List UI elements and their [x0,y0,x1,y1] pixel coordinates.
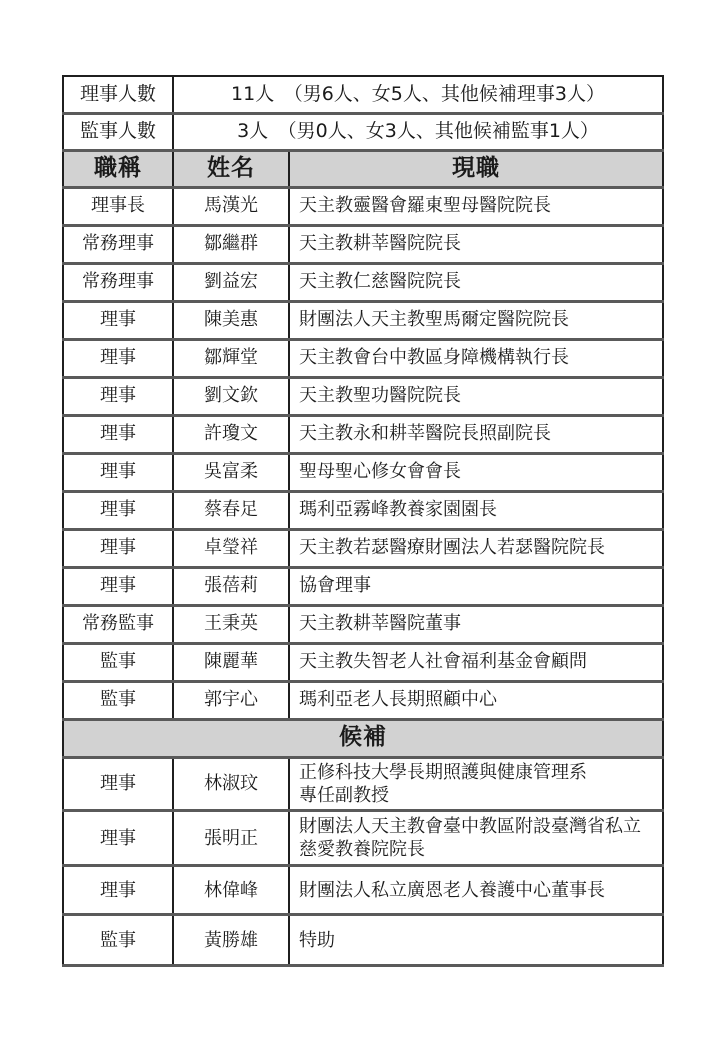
header-name-column: 姓名 [173,150,289,187]
member-position: 天主教靈醫會羅東聖母醫院院長 [289,187,663,225]
member-name: 卓瑩祥 [173,529,289,567]
table-row: 監事 郭宇心 瑪利亞老人長期照顧中心 [63,681,663,719]
member-position: 協會理事 [289,567,663,605]
table-row: 理事 張蓓莉 協會理事 [63,567,663,605]
table-row: 常務監事 王秉英 天主教耕莘醫院董事 [63,605,663,643]
member-title: 理事 [63,301,173,339]
member-position: 天主教永和耕莘醫院長照副院長 [289,415,663,453]
member-position: 瑪利亞霧峰教養家園園長 [289,491,663,529]
member-name: 蔡春足 [173,491,289,529]
table-row: 監事 黃勝雄 特助 [63,915,663,966]
member-title: 理事 [63,491,173,529]
member-title: 常務理事 [63,263,173,301]
member-position: 財團法人天主教會臺中教區附設臺灣省私立 慈愛教養院院長 [289,811,663,866]
document-page: 理事人數 11人 （男6人、女5人、其他候補理事3人） 監事人數 3人 （男0人… [0,0,720,1040]
member-position: 天主教若瑟醫療財團法人若瑟醫院院長 [289,529,663,567]
alternates-section-title: 候補 [63,719,663,757]
member-title: 理事 [63,866,173,915]
table-row: 理事 蔡春足 瑪利亞霧峰教養家園園長 [63,491,663,529]
member-title: 理事 [63,811,173,866]
header-title-column: 職稱 [63,150,173,187]
header-position-column: 現職 [289,150,663,187]
directors-count-value: 11人 （男6人、女5人、其他候補理事3人） [173,76,663,113]
member-position: 天主教仁慈醫院院長 [289,263,663,301]
member-title: 理事 [63,757,173,811]
supervisors-count-row: 監事人數 3人 （男0人、女3人、其他候補監事1人） [63,113,663,150]
member-position: 特助 [289,915,663,966]
member-name: 黃勝雄 [173,915,289,966]
table-row: 理事 林偉峰 財團法人私立廣恩老人養護中心董事長 [63,866,663,915]
member-title: 理事 [63,339,173,377]
table-row: 理事 張明正 財團法人天主教會臺中教區附設臺灣省私立 慈愛教養院院長 [63,811,663,866]
table-row: 理事 林淑玟 正修科技大學長期照護與健康管理系 專任副教授 [63,757,663,811]
members-section: 理事長 馬漢光 天主教靈醫會羅東聖母醫院院長 常務理事 鄒繼群 天主教耕莘醫院院… [63,187,663,719]
directors-count-row: 理事人數 11人 （男6人、女5人、其他候補理事3人） [63,76,663,113]
member-name: 鄒輝堂 [173,339,289,377]
table-row: 理事 鄒輝堂 天主教會台中教區身障機構執行長 [63,339,663,377]
table-row: 理事 吳富柔 聖母聖心修女會會長 [63,453,663,491]
member-name: 張明正 [173,811,289,866]
alternates-section-header: 候補 [63,719,663,757]
member-name: 劉文欽 [173,377,289,415]
member-name: 陳麗華 [173,643,289,681]
member-position: 天主教耕莘醫院董事 [289,605,663,643]
member-title: 理事長 [63,187,173,225]
member-title: 常務監事 [63,605,173,643]
member-title: 監事 [63,915,173,966]
member-position: 天主教失智老人社會福利基金會顧問 [289,643,663,681]
member-title: 理事 [63,377,173,415]
summary-section: 理事人數 11人 （男6人、女5人、其他候補理事3人） 監事人數 3人 （男0人… [63,76,663,150]
table-row: 理事 許瓊文 天主教永和耕莘醫院長照副院長 [63,415,663,453]
table-row: 理事 劉文欽 天主教聖功醫院院長 [63,377,663,415]
member-title: 常務理事 [63,225,173,263]
table-header-row: 職稱 姓名 現職 [63,150,663,187]
member-position: 天主教耕莘醫院院長 [289,225,663,263]
member-position: 天主教聖功醫院院長 [289,377,663,415]
member-name: 郭宇心 [173,681,289,719]
member-name: 陳美惠 [173,301,289,339]
member-title: 理事 [63,567,173,605]
supervisors-count-label: 監事人數 [63,113,173,150]
member-name: 林淑玟 [173,757,289,811]
member-position: 財團法人私立廣恩老人養護中心董事長 [289,866,663,915]
member-name: 劉益宏 [173,263,289,301]
member-title: 理事 [63,529,173,567]
member-position: 聖母聖心修女會會長 [289,453,663,491]
alternates-section: 理事 林淑玟 正修科技大學長期照護與健康管理系 專任副教授 理事 張明正 財團法… [63,757,663,966]
member-name: 張蓓莉 [173,567,289,605]
member-name: 鄒繼群 [173,225,289,263]
table-row: 理事 陳美惠 財團法人天主教聖馬爾定醫院院長 [63,301,663,339]
member-title: 監事 [63,681,173,719]
member-name: 許瓊文 [173,415,289,453]
member-name: 吳富柔 [173,453,289,491]
member-name: 馬漢光 [173,187,289,225]
member-name: 王秉英 [173,605,289,643]
alternates-header-section: 候補 [63,719,663,757]
member-position: 財團法人天主教聖馬爾定醫院院長 [289,301,663,339]
member-title: 理事 [63,453,173,491]
table-row: 常務理事 鄒繼群 天主教耕莘醫院院長 [63,225,663,263]
table-row: 理事 卓瑩祥 天主教若瑟醫療財團法人若瑟醫院院長 [63,529,663,567]
member-position: 瑪利亞老人長期照顧中心 [289,681,663,719]
table-row: 監事 陳麗華 天主教失智老人社會福利基金會顧問 [63,643,663,681]
table-row: 常務理事 劉益宏 天主教仁慈醫院院長 [63,263,663,301]
member-position: 正修科技大學長期照護與健康管理系 專任副教授 [289,757,663,811]
table-header-section: 職稱 姓名 現職 [63,150,663,187]
member-title: 理事 [63,415,173,453]
supervisors-count-value: 3人 （男0人、女3人、其他候補監事1人） [173,113,663,150]
member-position: 天主教會台中教區身障機構執行長 [289,339,663,377]
member-title: 監事 [63,643,173,681]
table-row: 理事長 馬漢光 天主教靈醫會羅東聖母醫院院長 [63,187,663,225]
board-members-table: 理事人數 11人 （男6人、女5人、其他候補理事3人） 監事人數 3人 （男0人… [62,75,664,967]
member-name: 林偉峰 [173,866,289,915]
directors-count-label: 理事人數 [63,76,173,113]
